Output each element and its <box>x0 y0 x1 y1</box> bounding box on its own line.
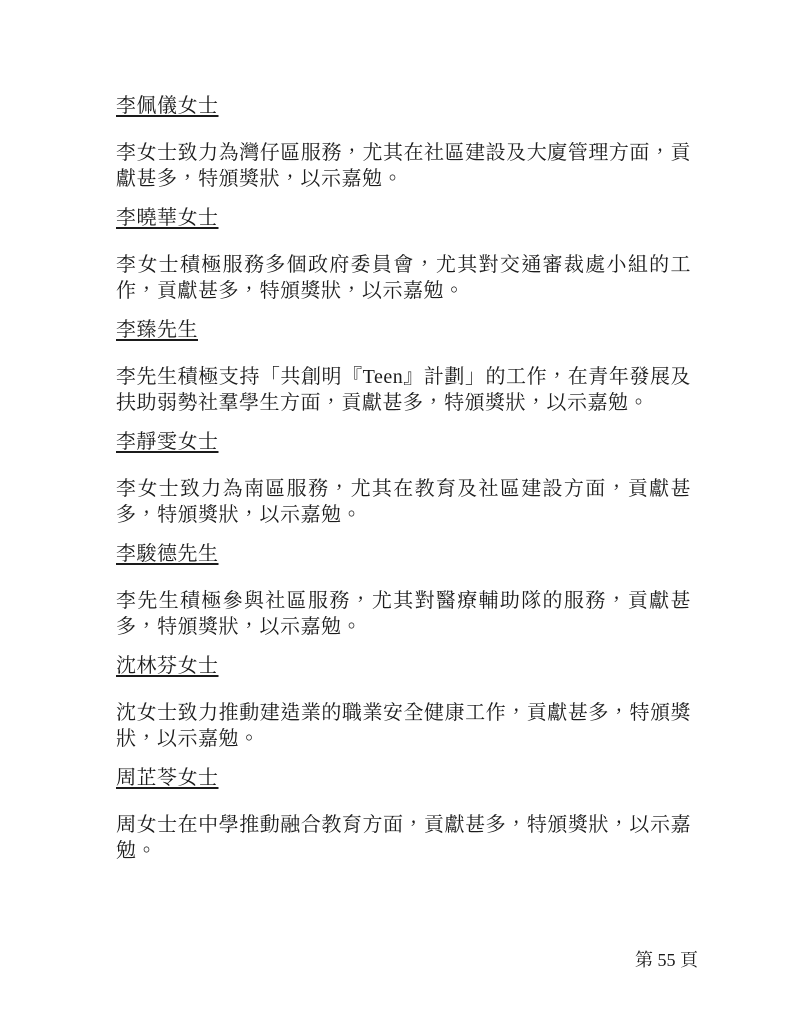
recipient-name-heading: 李曉華女士 <box>116 205 691 231</box>
citation-line: 周女士在中學推動融合教育方面，貢獻甚多，特頒獎狀，以示嘉 <box>116 812 691 838</box>
citation-line: 多，特頒獎狀，以示嘉勉。 <box>116 502 691 528</box>
recipient-name-heading: 李駿德先生 <box>116 541 691 567</box>
commendation-entry: 李臻先生 李先生積極支持「共創明『Teen』計劃」的工作，在青年發展及 扶助弱勢… <box>116 317 691 416</box>
page-content: 李佩儀女士 李女士致力為灣仔區服務，尤其在社區建設及大廈管理方面，貢 獻甚多，特… <box>116 93 691 877</box>
citation-line: 李先生積極支持「共創明『Teen』計劃」的工作，在青年發展及 <box>116 364 691 390</box>
recipient-name-heading: 李佩儀女士 <box>116 93 691 119</box>
citation-line: 李女士積極服務多個政府委員會，尤其對交通審裁處小組的工 <box>116 252 691 278</box>
citation-line: 作，貢獻甚多，特頒獎狀，以示嘉勉。 <box>116 278 691 304</box>
document-page: 李佩儀女士 李女士致力為灣仔區服務，尤其在社區建設及大廈管理方面，貢 獻甚多，特… <box>0 0 791 1024</box>
citation-line: 李女士致力為南區服務，尤其在教育及社區建設方面，貢獻甚 <box>116 476 691 502</box>
citation-line: 勉。 <box>116 838 691 864</box>
recipient-name-heading: 李靜雯女士 <box>116 429 691 455</box>
citation-line: 多，特頒獎狀，以示嘉勉。 <box>116 614 691 640</box>
page-number: 第 55 頁 <box>635 948 698 972</box>
citation-line: 李女士致力為灣仔區服務，尤其在社區建設及大廈管理方面，貢 <box>116 140 691 166</box>
recipient-name-heading: 沈林芬女士 <box>116 653 691 679</box>
citation-line: 狀，以示嘉勉。 <box>116 726 691 752</box>
citation-line: 沈女士致力推動建造業的職業安全健康工作，貢獻甚多，特頒獎 <box>116 700 691 726</box>
citation-line: 獻甚多，特頒獎狀，以示嘉勉。 <box>116 166 691 192</box>
commendation-entry: 李駿德先生 李先生積極參與社區服務，尤其對醫療輔助隊的服務，貢獻甚 多，特頒獎狀… <box>116 541 691 640</box>
commendation-entry: 李曉華女士 李女士積極服務多個政府委員會，尤其對交通審裁處小組的工 作，貢獻甚多… <box>116 205 691 304</box>
citation-line: 扶助弱勢社羣學生方面，貢獻甚多，特頒獎狀，以示嘉勉。 <box>116 390 691 416</box>
commendation-entry: 李靜雯女士 李女士致力為南區服務，尤其在教育及社區建設方面，貢獻甚 多，特頒獎狀… <box>116 429 691 528</box>
recipient-name-heading: 周芷苓女士 <box>116 765 691 791</box>
commendation-entry: 李佩儀女士 李女士致力為灣仔區服務，尤其在社區建設及大廈管理方面，貢 獻甚多，特… <box>116 93 691 192</box>
commendation-entry: 沈林芬女士 沈女士致力推動建造業的職業安全健康工作，貢獻甚多，特頒獎 狀，以示嘉… <box>116 653 691 752</box>
recipient-name-heading: 李臻先生 <box>116 317 691 343</box>
commendation-entry: 周芷苓女士 周女士在中學推動融合教育方面，貢獻甚多，特頒獎狀，以示嘉 勉。 <box>116 765 691 864</box>
citation-line: 李先生積極參與社區服務，尤其對醫療輔助隊的服務，貢獻甚 <box>116 588 691 614</box>
